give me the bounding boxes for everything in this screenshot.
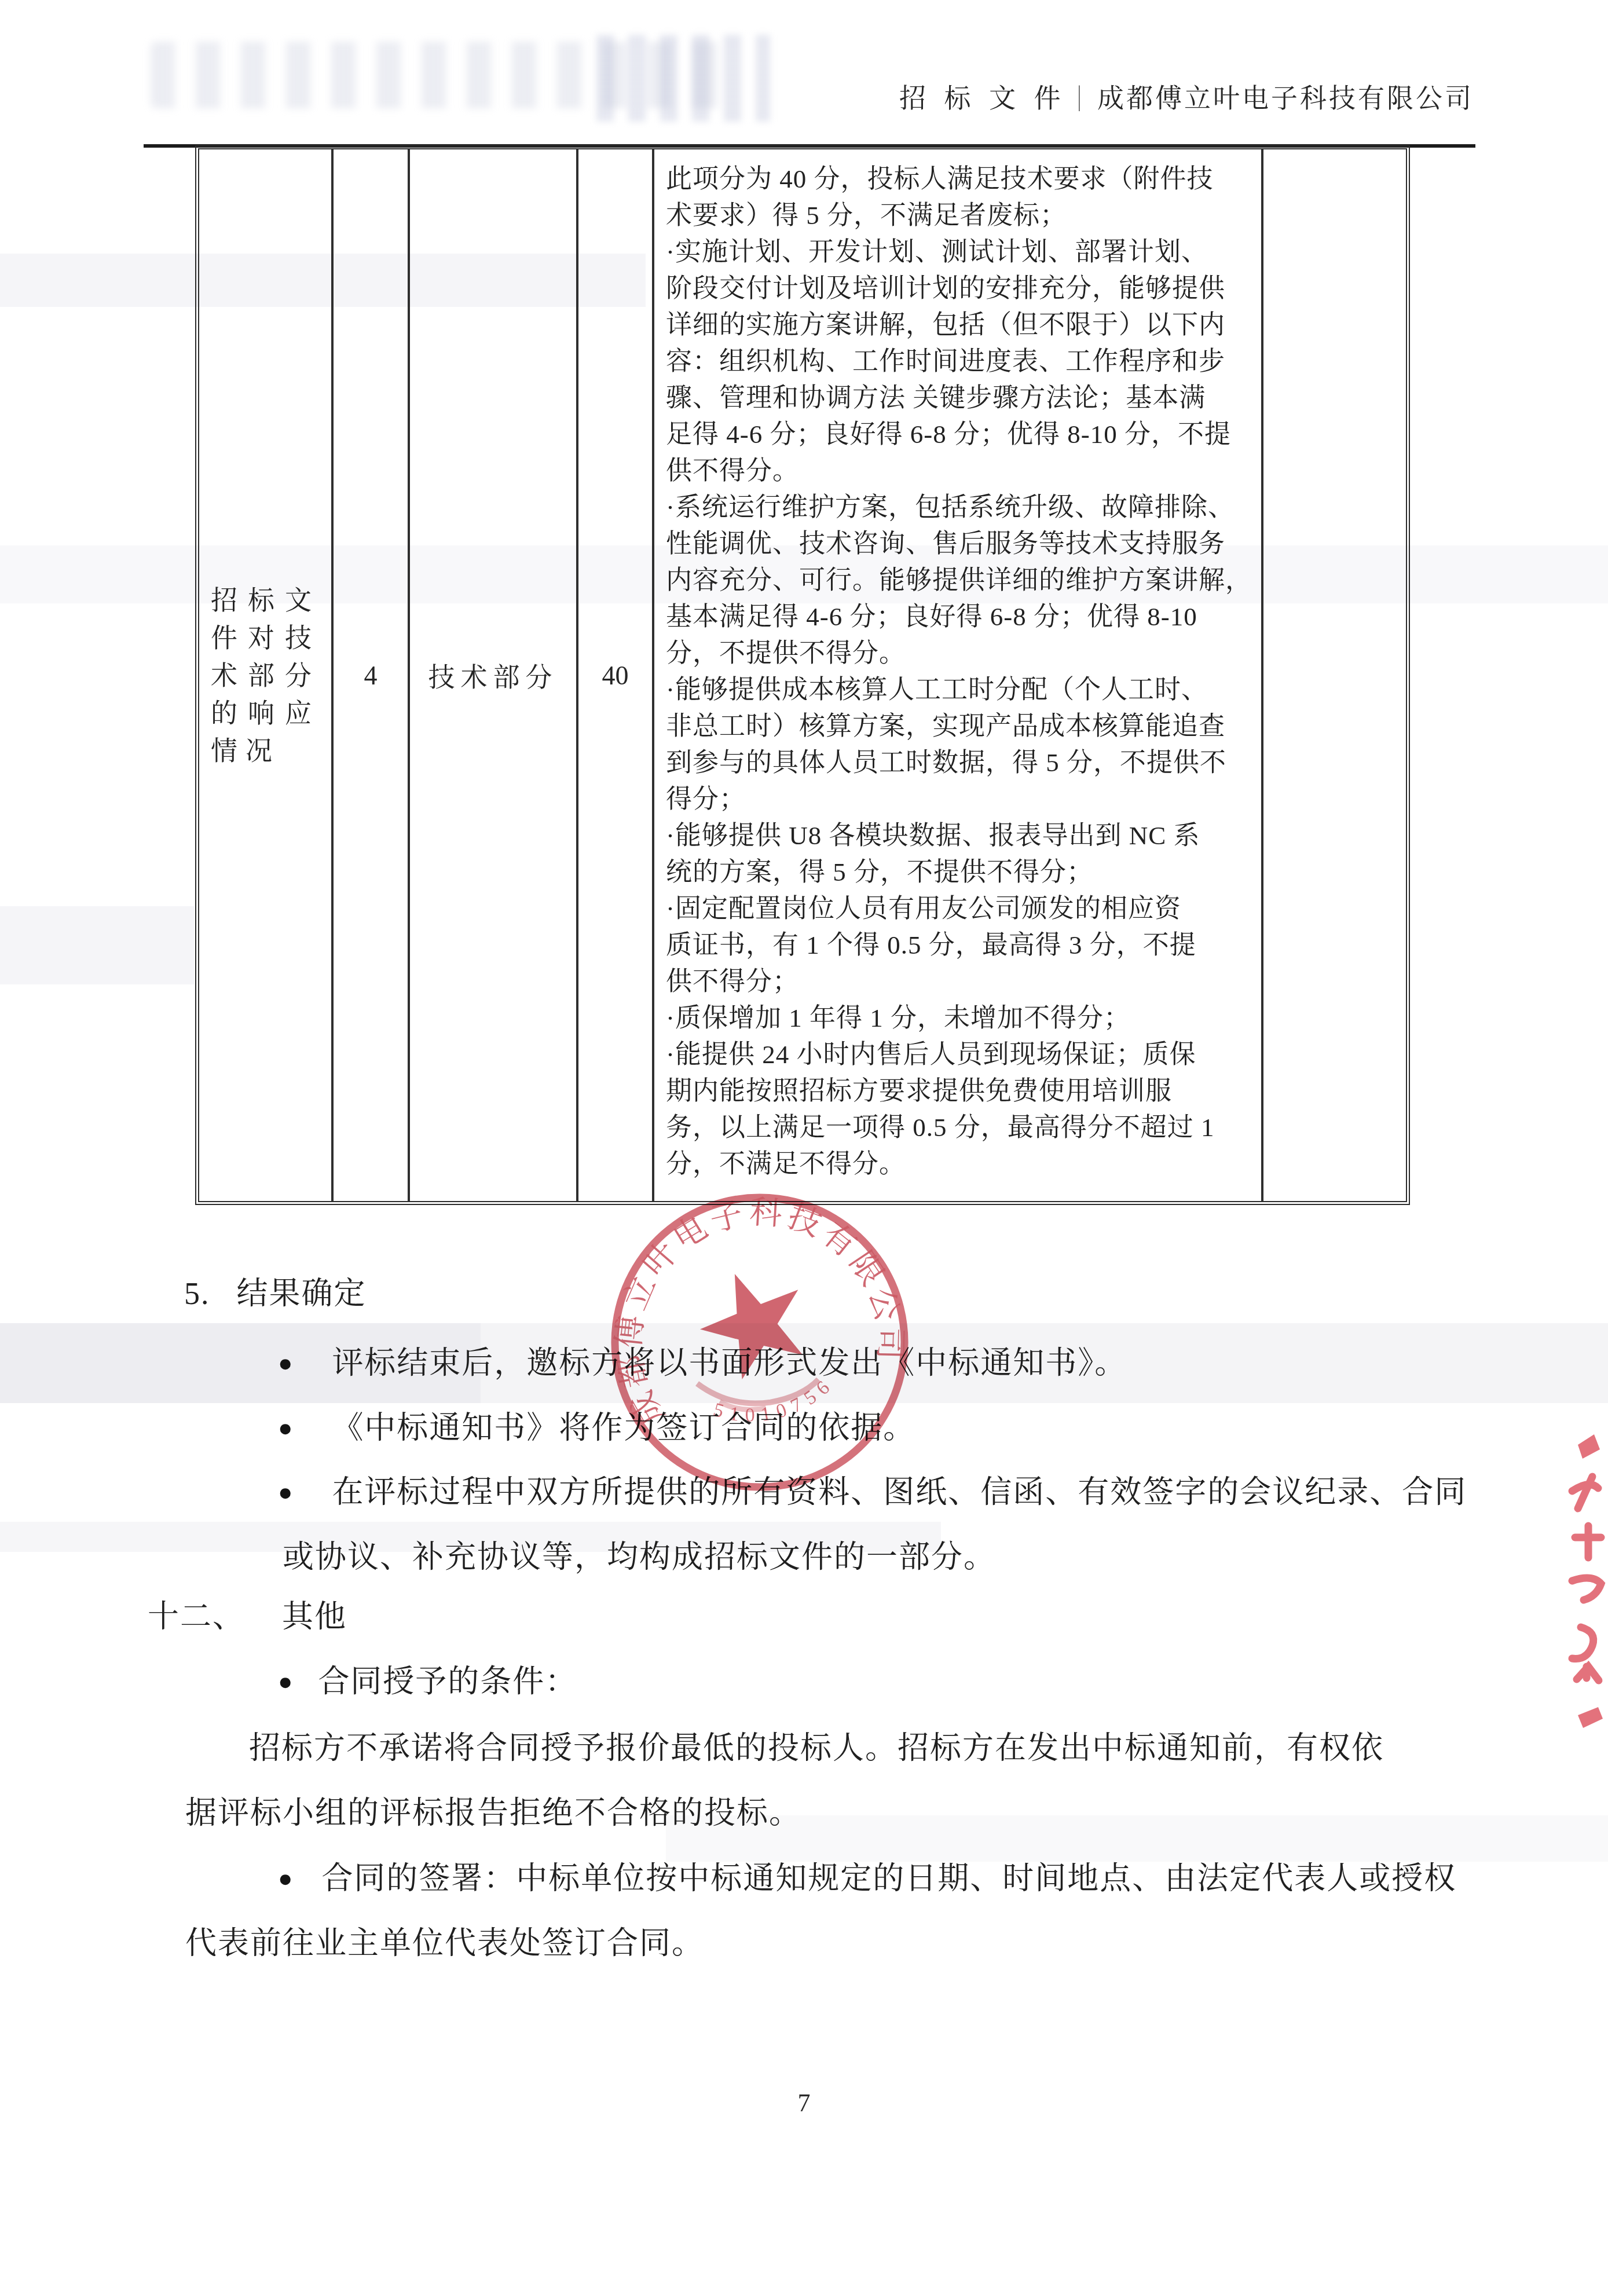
header-doc-type: 招 标 文 件 [899,77,1067,115]
bleedthrough-ghost-text [596,35,770,122]
section12-heading: 十二、其他 [148,1598,347,1637]
section12-sign-bullet: ● 合同的签署：中标单位按中标通知规定的日期、时间地点、由法定代表人或授权 [278,1859,1456,1899]
section12-title: 其他 [282,1599,347,1634]
table-cell-category: 招标文件对技术部分的响应情况 [199,149,331,1201]
bullet-icon: ● [278,1481,294,1505]
page-number: 7 [0,2088,1608,2118]
bullet-icon: ● [278,1670,294,1694]
criteria-text: 此项分为 40 分，投标人满足技术要求（附件技 术要求）得 5 分，不满足者废标… [654,149,1258,1182]
table-cell-score: 40 [576,149,652,1201]
bullet-text: 合同授予的条件： [318,1663,577,1702]
table-cell-seq: 4 [331,149,408,1201]
evaluation-score-table: 招标文件对技术部分的响应情况 4 技术部分 40 此项分为 40 分，投标人满足… [195,145,1410,1205]
bullet-icon: ● [278,1416,294,1441]
section12-number: 十二、 [148,1598,282,1637]
section5-heading: 5.结果确定 [184,1275,367,1314]
section12-sign-continued: 代表前往业主单位代表处签订合同。 [185,1924,704,1964]
section12-paragraph-line2: 据评标小组的评标报告拒绝不合格的投标。 [185,1794,801,1833]
section5-title: 结果确定 [237,1276,367,1311]
table-row-label: 招标文件对技术部分的响应情况 [211,581,320,770]
table-cell-part: 技术部分 [408,149,576,1201]
company-seal-stamp: 成都傅立叶电子科技有限公司 51010756 [602,1185,918,1500]
table-cell-criteria: 此项分为 40 分，投标人满足技术要求（附件技 术要求）得 5 分，不满足者废标… [652,149,1261,1201]
seq-value: 4 [364,660,378,691]
bleedthrough-ghost-text [151,42,735,108]
page-header: 招 标 文 件 | 成都傅立叶电子科技有限公司 [899,74,1474,118]
bullet-icon: ● [278,1352,294,1376]
header-company-name: 成都傅立叶电子科技有限公司 [1097,77,1474,115]
section12-award-bullet: ● 合同授予的条件： [278,1663,577,1702]
seal-star-icon [689,1260,816,1386]
table-cell-empty [1261,149,1406,1201]
score-value: 40 [602,660,629,691]
bullet-text: 合同的签署：中标单位按中标通知规定的日期、时间地点、由法定代表人或授权 [321,1859,1456,1899]
section12-paragraph-line1: 招标方不承诺将合同授予报价最低的投标人。招标方在发出中标通知前，有权依 [249,1729,1384,1768]
section5-number: 5. [184,1275,210,1314]
section5-bullet-3-continued: 或协议、补充协议等，均构成招标文件的一部分。 [283,1538,996,1577]
document-page: 招 标 文 件 | 成都傅立叶电子科技有限公司 招标文件对技术部分的响应情况 4… [0,0,1608,2296]
scan-band [666,1815,1608,1862]
edge-stamp-fragments [1537,1390,1608,1772]
header-separator: | [1078,80,1081,112]
part-name-value: 技术部分 [428,656,558,694]
scan-band [0,906,194,984]
bullet-icon: ● [278,1867,294,1891]
